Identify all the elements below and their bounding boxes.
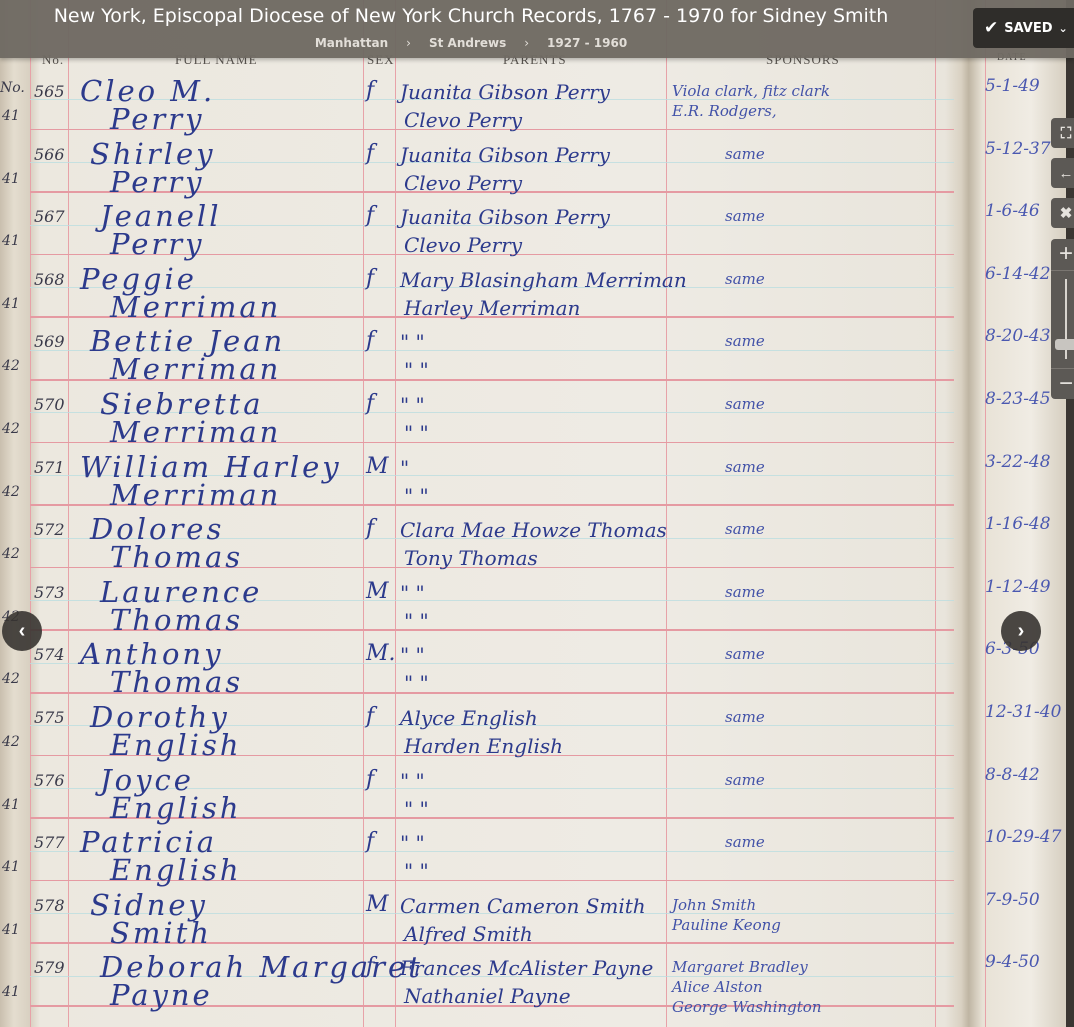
zoom-control: + − bbox=[1051, 239, 1074, 399]
entry-date: 12-31-40 bbox=[985, 702, 1061, 722]
breadcrumb-1927-1960[interactable]: 1927 - 1960 bbox=[547, 36, 627, 50]
entry-date: 3-22-48 bbox=[985, 452, 1051, 472]
entry-mother: " " bbox=[400, 643, 425, 667]
entry-father: " " bbox=[404, 859, 429, 883]
ledger-margin-mark: 42 bbox=[2, 546, 20, 562]
chevron-down-icon: ⌄ bbox=[1059, 22, 1068, 35]
entry-last-name: English bbox=[110, 853, 242, 887]
entry-number: 569 bbox=[34, 332, 65, 351]
entry-sex: f bbox=[366, 78, 374, 103]
entry-mother: Juanita Gibson Perry bbox=[400, 143, 610, 167]
entry-number: 576 bbox=[34, 771, 65, 790]
entry-date: 7-9-50 bbox=[985, 890, 1040, 910]
entry-sex: f bbox=[366, 141, 374, 166]
entry-mother: " bbox=[400, 456, 409, 480]
entry-mother: " " bbox=[400, 831, 425, 855]
entry-father: Alfred Smith bbox=[404, 922, 533, 946]
entry-sex: f bbox=[366, 516, 374, 541]
entry-number: 573 bbox=[34, 583, 65, 602]
entry-father: Harden English bbox=[404, 734, 563, 758]
arrow-left-icon: ← bbox=[1059, 165, 1074, 182]
entry-number: 567 bbox=[34, 207, 65, 226]
entry-father: " " bbox=[404, 797, 429, 821]
breadcrumb-separator-icon: › bbox=[406, 36, 411, 50]
entry-number: 571 bbox=[34, 458, 65, 477]
entry-sex: f bbox=[366, 704, 374, 729]
entry-date: 1-6-46 bbox=[985, 201, 1040, 221]
previous-image-button[interactable]: ‹ bbox=[2, 611, 42, 651]
entry-sex: f bbox=[366, 328, 374, 353]
entry-date: 6-14-42 bbox=[985, 264, 1051, 284]
entry-number: 566 bbox=[34, 145, 65, 164]
entry-number: 568 bbox=[34, 270, 65, 289]
entry-sponsor: same bbox=[725, 708, 765, 726]
entry-sex: f bbox=[366, 767, 374, 792]
entry-father: " " bbox=[404, 484, 429, 508]
entry-sponsor: same bbox=[725, 583, 765, 601]
entry-mother: Juanita Gibson Perry bbox=[400, 80, 610, 104]
plus-icon: + bbox=[1059, 240, 1073, 268]
entry-mother: " " bbox=[400, 581, 425, 605]
entry-sex: f bbox=[366, 954, 374, 979]
entry-date: 8-23-45 bbox=[985, 389, 1051, 409]
ledger-margin-mark: 41 bbox=[2, 108, 20, 124]
entry-father: " " bbox=[404, 609, 429, 633]
ledger-column-rule bbox=[363, 0, 364, 1027]
breadcrumb-st-andrews[interactable]: St Andrews bbox=[429, 36, 506, 50]
entry-number: 574 bbox=[34, 645, 65, 664]
entry-last-name: Payne bbox=[110, 978, 213, 1012]
entry-date: 1-16-48 bbox=[985, 514, 1051, 534]
breadcrumb-separator-icon: › bbox=[524, 36, 529, 50]
ledger-column-rule bbox=[68, 0, 69, 1027]
entry-last-name: Thomas bbox=[110, 540, 243, 574]
ledger-margin-mark: 42 bbox=[2, 671, 20, 687]
entry-date: 9-4-50 bbox=[985, 952, 1040, 972]
tools-icon: ✖ bbox=[1060, 204, 1073, 222]
entry-number: 577 bbox=[34, 833, 65, 852]
zoom-out-button[interactable]: − bbox=[1051, 368, 1074, 399]
entry-last-name: Merriman bbox=[110, 415, 281, 449]
entry-sponsor: same bbox=[725, 771, 765, 789]
entry-last-name: Smith bbox=[110, 916, 212, 950]
breadcrumb: Manhattan›St Andrews›1927 - 1960 bbox=[0, 36, 942, 50]
minus-icon: − bbox=[1059, 370, 1073, 398]
zoom-slider-handle[interactable] bbox=[1055, 339, 1074, 350]
entry-date: 8-8-42 bbox=[985, 765, 1040, 785]
viewer-edge bbox=[1066, 0, 1074, 1027]
checkmark-icon: ✔ bbox=[984, 18, 998, 38]
entry-last-name: Merriman bbox=[110, 352, 281, 386]
entry-father: Clevo Perry bbox=[404, 108, 522, 132]
entry-father: " " bbox=[404, 421, 429, 445]
entry-last-name: English bbox=[110, 728, 242, 762]
entry-sponsor: same bbox=[725, 645, 765, 663]
ledger-margin-mark: 41 bbox=[2, 984, 20, 1000]
ledger-margin-mark: 42 bbox=[2, 734, 20, 750]
entry-number: 570 bbox=[34, 395, 65, 414]
entry-date: 8-20-43 bbox=[985, 326, 1051, 346]
ledger-margin-mark: 42 bbox=[2, 358, 20, 374]
entry-mother: Frances McAlister Payne bbox=[400, 956, 653, 980]
entry-date: 1-12-49 bbox=[985, 577, 1051, 597]
entry-father: Clevo Perry bbox=[404, 233, 522, 257]
entry-last-name: Merriman bbox=[110, 290, 281, 324]
entry-last-name: Merriman bbox=[110, 478, 281, 512]
entry-sponsor: same bbox=[725, 833, 765, 851]
tools-button[interactable]: ✖ bbox=[1051, 198, 1074, 228]
entry-sponsor: Margaret Bradley bbox=[672, 958, 808, 976]
ledger-page-image: No. FULL NAME SEX PARENTS SPONSORS DATE … bbox=[0, 0, 1074, 1027]
entry-last-name: Thomas bbox=[110, 603, 243, 637]
zoom-slider[interactable] bbox=[1051, 270, 1074, 369]
zoom-in-button[interactable]: + bbox=[1051, 239, 1074, 269]
entry-sex: M bbox=[366, 454, 389, 479]
saved-label: SAVED bbox=[1004, 21, 1052, 36]
entry-father: Tony Thomas bbox=[404, 546, 538, 570]
entry-sponsor: Alice Alston bbox=[672, 978, 763, 996]
entry-father: " " bbox=[404, 358, 429, 382]
entry-sponsor: Viola clark, fitz clark bbox=[672, 82, 830, 100]
entry-sex: f bbox=[366, 203, 374, 228]
entry-number: 578 bbox=[34, 896, 65, 915]
saved-button[interactable]: ✔ SAVED ⌄ bbox=[973, 8, 1074, 48]
entry-mother: " " bbox=[400, 769, 425, 793]
ledger-column-rule bbox=[30, 0, 31, 1027]
record-image-viewer[interactable]: No. FULL NAME SEX PARENTS SPONSORS DATE … bbox=[0, 0, 1074, 1027]
entry-sex: f bbox=[366, 391, 374, 416]
next-image-button[interactable]: › bbox=[1001, 611, 1041, 651]
entry-sponsor: George Washington bbox=[672, 998, 822, 1016]
record-title: New York, Episcopal Diocese of New York … bbox=[0, 5, 942, 27]
entry-sex: M bbox=[366, 892, 389, 917]
ledger-margin-mark: 42 bbox=[2, 421, 20, 437]
margin-label: No. bbox=[0, 80, 25, 96]
breadcrumb-manhattan[interactable]: Manhattan bbox=[315, 36, 388, 50]
entry-mother: Clara Mae Howze Thomas bbox=[400, 518, 667, 542]
ledger-margin-mark: 42 bbox=[2, 484, 20, 500]
entry-date: 5-1-49 bbox=[985, 76, 1040, 96]
entry-sponsor: same bbox=[725, 395, 765, 413]
ledger-column-rule bbox=[935, 0, 936, 1027]
entry-number: 579 bbox=[34, 958, 65, 977]
entry-sex: M bbox=[366, 579, 389, 604]
entry-father: " " bbox=[404, 671, 429, 695]
ledger-margin-mark: 41 bbox=[2, 859, 20, 875]
ledger-column-rule bbox=[395, 0, 396, 1027]
entry-sponsor: same bbox=[725, 332, 765, 350]
entry-last-name: Perry bbox=[110, 165, 204, 199]
entry-mother: Alyce English bbox=[400, 706, 538, 730]
entry-number: 575 bbox=[34, 708, 65, 727]
chevron-left-icon: ‹ bbox=[19, 620, 26, 643]
ledger-column-rule bbox=[666, 0, 667, 1027]
fullscreen-icon: ⛶ bbox=[1061, 125, 1072, 142]
entry-sex: f bbox=[366, 829, 374, 854]
entry-sex: M. bbox=[366, 641, 396, 666]
exit-view-button[interactable]: ← bbox=[1051, 158, 1074, 188]
entry-sponsor: same bbox=[725, 520, 765, 538]
chevron-right-icon: › bbox=[1018, 620, 1025, 643]
ledger-margin-mark: 41 bbox=[2, 171, 20, 187]
entry-sponsor: same bbox=[725, 207, 765, 225]
ledger-margin-mark: 41 bbox=[2, 797, 20, 813]
entry-father: Clevo Perry bbox=[404, 171, 522, 195]
entry-father: Nathaniel Payne bbox=[404, 984, 571, 1008]
entry-sponsor: same bbox=[725, 458, 765, 476]
entry-date: 5-12-37 bbox=[985, 139, 1051, 159]
record-header: New York, Episcopal Diocese of New York … bbox=[0, 0, 1074, 58]
entry-mother: " " bbox=[400, 393, 425, 417]
entry-sponsor: John Smith bbox=[672, 896, 756, 914]
entry-sponsor: E.R. Rodgers, bbox=[672, 102, 777, 120]
entry-sponsor: Pauline Keong bbox=[672, 916, 781, 934]
fullscreen-button[interactable]: ⛶ bbox=[1051, 118, 1074, 148]
entry-number: 572 bbox=[34, 520, 65, 539]
entry-last-name: Thomas bbox=[110, 665, 243, 699]
ledger-margin-mark: 41 bbox=[2, 922, 20, 938]
entry-mother: Mary Blasingham Merriman bbox=[400, 268, 687, 292]
entry-sex: f bbox=[366, 266, 374, 291]
ledger-margin-mark: 41 bbox=[2, 296, 20, 312]
entry-mother: " " bbox=[400, 330, 425, 354]
entry-mother: Carmen Cameron Smith bbox=[400, 894, 646, 918]
entry-date: 10-29-47 bbox=[985, 827, 1061, 847]
entry-last-name: Perry bbox=[110, 227, 204, 261]
entry-father: Harley Merriman bbox=[404, 296, 580, 320]
entry-number: 565 bbox=[34, 82, 65, 101]
entry-sponsor: same bbox=[725, 145, 765, 163]
entry-mother: Juanita Gibson Perry bbox=[400, 205, 610, 229]
ledger-margin-mark: 41 bbox=[2, 233, 20, 249]
entry-sponsor: same bbox=[725, 270, 765, 288]
entry-last-name: Perry bbox=[110, 102, 204, 136]
entry-last-name: English bbox=[110, 791, 242, 825]
